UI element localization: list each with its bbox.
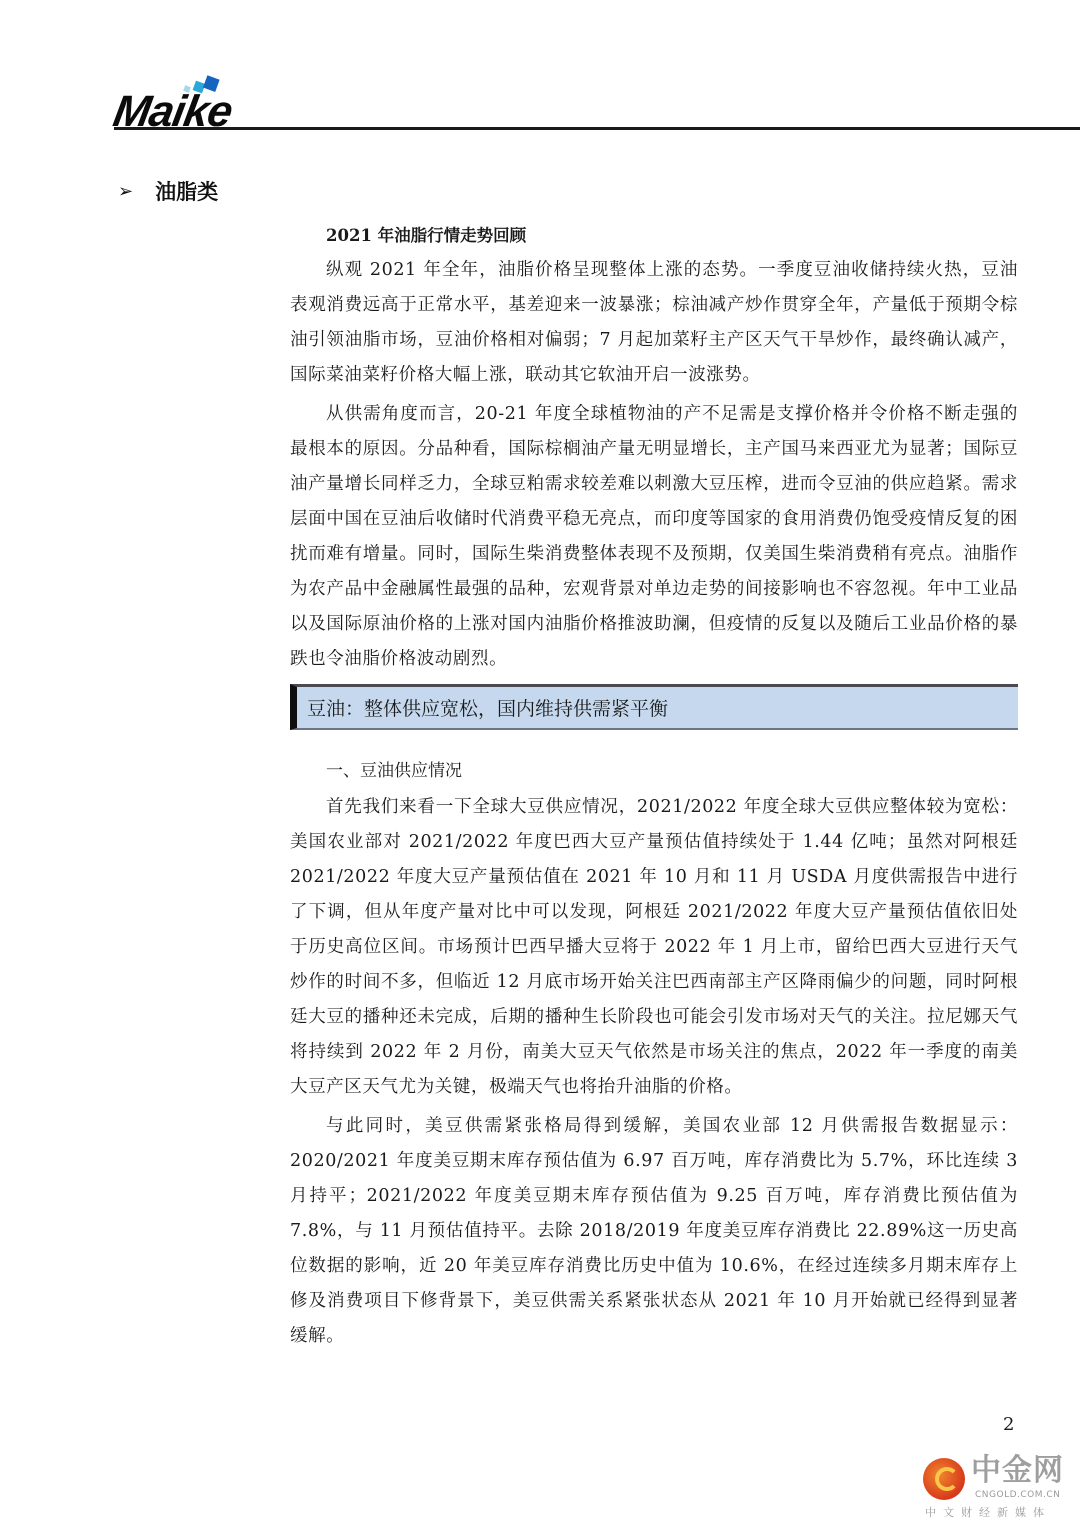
page-header: Maike bbox=[0, 0, 1080, 140]
box-heading-text: 豆油：整体供应宽松，国内维持供需紧平衡 bbox=[307, 694, 668, 721]
watermark-title: 中金网 bbox=[971, 1454, 1064, 1488]
section-title: ➢ 油脂类 bbox=[118, 176, 218, 206]
review-heading: 2021 年油脂行情走势回顾 bbox=[326, 219, 1018, 253]
arrow-bullet-icon: ➢ bbox=[118, 181, 133, 202]
soybean-oil-heading-box: 豆油：整体供应宽松，国内维持供需紧平衡 bbox=[290, 684, 1018, 730]
review-section: 2021 年油脂行情走势回顾 纵观 2021 年全年，油脂价格呈现整体上涨的态势… bbox=[290, 219, 1018, 677]
review-paragraph-1: 纵观 2021 年全年，油脂价格呈现整体上涨的态势。一季度豆油收储持续火热，豆油… bbox=[290, 253, 1018, 393]
cngold-logo-icon bbox=[923, 1458, 965, 1500]
header-divider bbox=[114, 127, 1080, 130]
cngold-watermark: 中金网 CNGOLD.COM.CN 中文财经新媒体 bbox=[915, 1450, 1075, 1522]
supply-heading: 一、豆油供应情况 bbox=[326, 756, 462, 781]
supply-paragraph-1: 首先我们来看一下全球大豆供应情况，2021/2022 年度全球大豆供应整体较为宽… bbox=[290, 790, 1018, 1105]
watermark-domain: CNGOLD.COM.CN bbox=[975, 1490, 1060, 1500]
review-paragraph-2: 从供需角度而言，20-21 年度全球植物油的产不足需是支撑价格并令价格不断走强的… bbox=[290, 397, 1018, 677]
section-title-text: 油脂类 bbox=[155, 176, 218, 206]
supply-paragraph-2: 与此同时，美豆供需紧张格局得到缓解，美国农业部 12 月供需报告数据显示：202… bbox=[290, 1109, 1018, 1354]
page-number: 2 bbox=[1003, 1414, 1014, 1435]
watermark-slogan: 中文财经新媒体 bbox=[925, 1504, 1051, 1520]
maike-logo: Maike bbox=[114, 70, 264, 130]
supply-section: 首先我们来看一下全球大豆供应情况，2021/2022 年度全球大豆供应整体较为宽… bbox=[290, 790, 1018, 1354]
